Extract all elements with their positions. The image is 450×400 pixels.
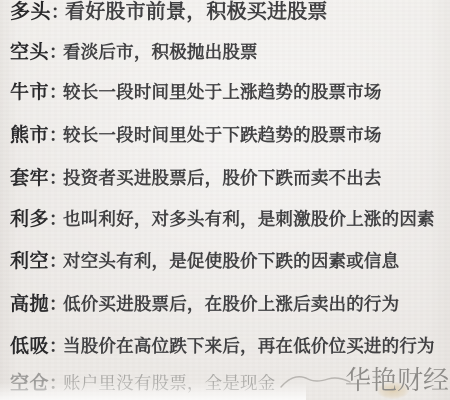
term-definition: 低价买进股票后，在股价上涨后卖出的行为 <box>63 293 399 315</box>
term-colon: ： <box>49 372 63 394</box>
term-label: 利多 <box>10 209 49 231</box>
term-colon: ： <box>49 41 63 63</box>
term-label: 多头 <box>10 1 51 23</box>
glossary-row-kongtou: 空头：看淡后市，积极抛出股票 <box>10 41 258 64</box>
term-label: 套牢 <box>10 168 49 190</box>
term-label: 低吸 <box>10 336 49 358</box>
glossary-row-kongcang: 空仓：账户里没有股票，全是现金 <box>10 372 275 395</box>
term-definition: 看好股市前景，积极买进股票 <box>65 1 328 23</box>
term-label: 空头 <box>10 42 49 64</box>
glossary-row-taolao: 套牢：投资者买进股票后，股价下跌而卖不出去 <box>10 167 382 190</box>
term-colon: ： <box>49 335 63 357</box>
term-colon: ： <box>49 250 63 272</box>
term-colon: ： <box>49 293 63 315</box>
glossary-list: 多头：看好股市前景，积极买进股票 空头：看淡后市，积极抛出股票 牛市：较长一段时… <box>0 0 450 400</box>
term-colon: ： <box>51 1 65 23</box>
glossary-row-niushi: 牛市：较长一段时间里处于上涨趋势的股票市场 <box>10 81 382 104</box>
term-colon: ： <box>49 208 63 230</box>
term-label: 空仓 <box>10 373 49 395</box>
term-colon: ： <box>49 167 63 189</box>
term-label: 高抛 <box>10 294 49 316</box>
stock-glossary-image: 多头：看好股市前景，积极买进股票 空头：看淡后市，积极抛出股票 牛市：较长一段时… <box>0 0 450 400</box>
glossary-row-liduo: 利多：也叫利好，对多头有利，是刺激股价上涨的因素 <box>10 208 435 231</box>
glossary-row-dixi: 低吸：当股价在高位跌下来后，再在低价位买进的行为 <box>10 335 435 358</box>
term-definition: 较长一段时间里处于上涨趋势的股票市场 <box>63 81 382 103</box>
term-definition: 投资者买进股票后，股价下跌而卖不出去 <box>63 167 382 189</box>
term-label: 牛市 <box>10 82 49 104</box>
term-definition: 账户里没有股票，全是现金 <box>63 372 275 394</box>
term-colon: ： <box>49 81 63 103</box>
term-definition: 看淡后市，积极抛出股票 <box>63 41 258 63</box>
glossary-row-xiongshi: 熊市：较长一段时间里处于下跌趋势的股票市场 <box>10 124 382 147</box>
term-definition: 较长一段时间里处于下跌趋势的股票市场 <box>63 124 382 146</box>
watermark-text: 华艳财经 <box>345 365 449 395</box>
term-colon: ： <box>49 124 63 146</box>
glossary-row-gaopao: 高抛：低价买进股票后，在股价上涨后卖出的行为 <box>10 293 399 316</box>
term-label: 熊市 <box>10 125 49 147</box>
term-definition: 对空头有利，是促使股价下跌的因素或信息 <box>63 250 399 272</box>
glossary-row-likong: 利空：对空头有利，是促使股价下跌的因素或信息 <box>10 250 399 273</box>
term-definition: 当股价在高位跌下来后，再在低价位买进的行为 <box>63 335 435 357</box>
term-label: 利空 <box>10 251 49 273</box>
term-definition: 也叫利好，对多头有利，是刺激股价上涨的因素 <box>63 208 435 230</box>
glossary-row-duotou: 多头：看好股市前景，积极买进股票 <box>10 1 328 23</box>
